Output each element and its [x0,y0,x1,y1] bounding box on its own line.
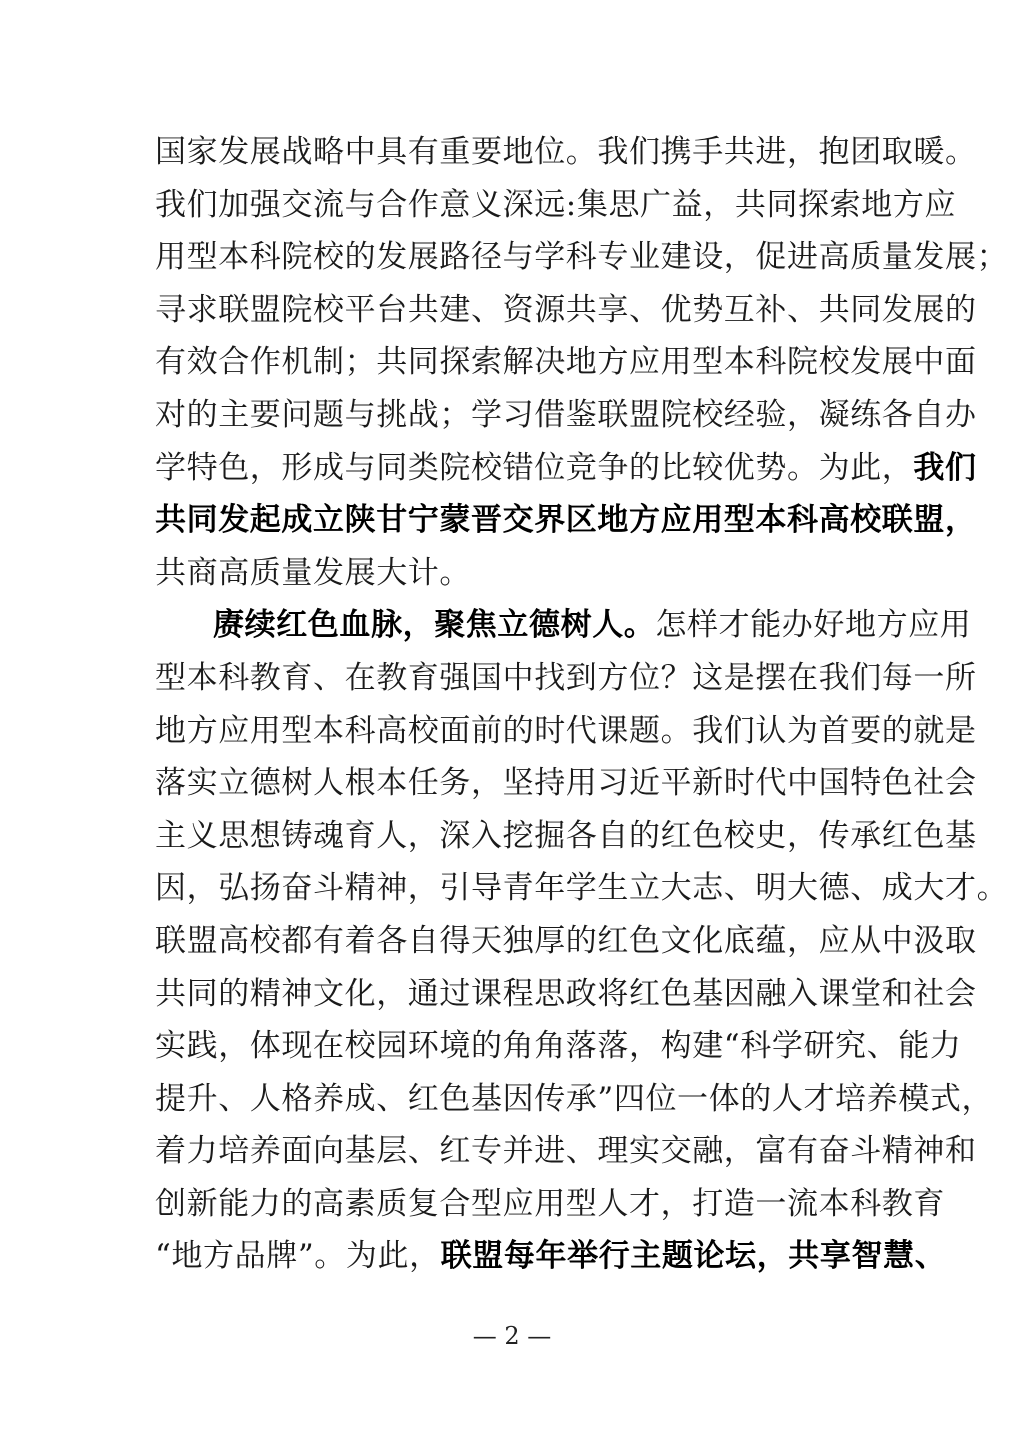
section-heading: 赓续红色血脉，聚焦立德树人。 [213,607,655,643]
text-line: 型本科教育、在教育强国中找到方位？这是摆在我们每一所 [155,652,875,705]
text-line: 我们加强交流与合作意义深远:集思广益，共同探索地方应 [155,179,875,232]
text-line: 实践，体现在校园环境的角角落落，构建“科学研究、能力 [155,1020,875,1073]
text-line: 用型本科院校的发展路径与学科专业建设，促进高质量发展； [155,231,875,284]
text-line: 因，弘扬奋斗精神，引导青年学生立大志、明大德、成大才。 [155,862,875,915]
text-line: 有效合作机制；共同探索解决地方应用型本科院校发展中面 [155,336,875,389]
text-line: 地方应用型本科高校面前的时代课题。我们认为首要的就是 [155,705,875,758]
text-line: 对的主要问题与挑战；学习借鉴联盟院校经验，凝练各自办 [155,389,875,442]
emphasis-text: 我们 [913,450,976,486]
emphasis-text: 共同发起成立陕甘宁蒙晋交界区地方应用型本科高校联盟， [155,502,977,538]
text-line: 创新能力的高素质复合型应用型人才，打造一流本科教育 [155,1178,875,1231]
page-number: — 2 — [0,1322,1024,1350]
emphasis-text: 联盟每年举行主题论坛，共享智慧、 [441,1238,947,1274]
text-line: 共同发起成立陕甘宁蒙晋交界区地方应用型本科高校联盟， [155,494,875,547]
text-line: 国家发展战略中具有重要地位。我们携手共进，抱团取暖。 [155,126,875,179]
text-line: 共同的精神文化，通过课程思政将红色基因融入课堂和社会 [155,968,875,1021]
text-line: 落实立德树人根本任务，坚持用习近平新时代中国特色社会 [155,757,875,810]
paragraph-2: 赓续红色血脉，聚焦立德树人。怎样才能办好地方应用 型本科教育、在教育强国中找到方… [155,599,875,1283]
document-page: 国家发展战略中具有重要地位。我们携手共进，抱团取暖。 我们加强交流与合作意义深远… [155,126,875,1283]
text-line: 着力培养面向基层、红专并进、理实交融，富有奋斗精神和 [155,1125,875,1178]
text-line: 寻求联盟院校平台共建、资源共享、优势互补、共同发展的 [155,284,875,337]
text-line: 共商高质量发展大计。 [155,547,875,600]
text-line: 学特色，形成与同类院校错位竞争的比较优势。为此，我们 [155,442,875,495]
paragraph-1: 国家发展战略中具有重要地位。我们携手共进，抱团取暖。 我们加强交流与合作意义深远… [155,126,875,599]
text-line: 赓续红色血脉，聚焦立德树人。怎样才能办好地方应用 [155,599,875,652]
text-line: “地方品牌”。为此，联盟每年举行主题论坛，共享智慧、 [155,1230,875,1283]
text-line: 提升、人格养成、红色基因传承”四位一体的人才培养模式， [155,1073,875,1126]
text-line: 主义思想铸魂育人，深入挖掘各自的红色校史，传承红色基 [155,810,875,863]
text-line: 联盟高校都有着各自得天独厚的红色文化底蕴，应从中汲取 [155,915,875,968]
